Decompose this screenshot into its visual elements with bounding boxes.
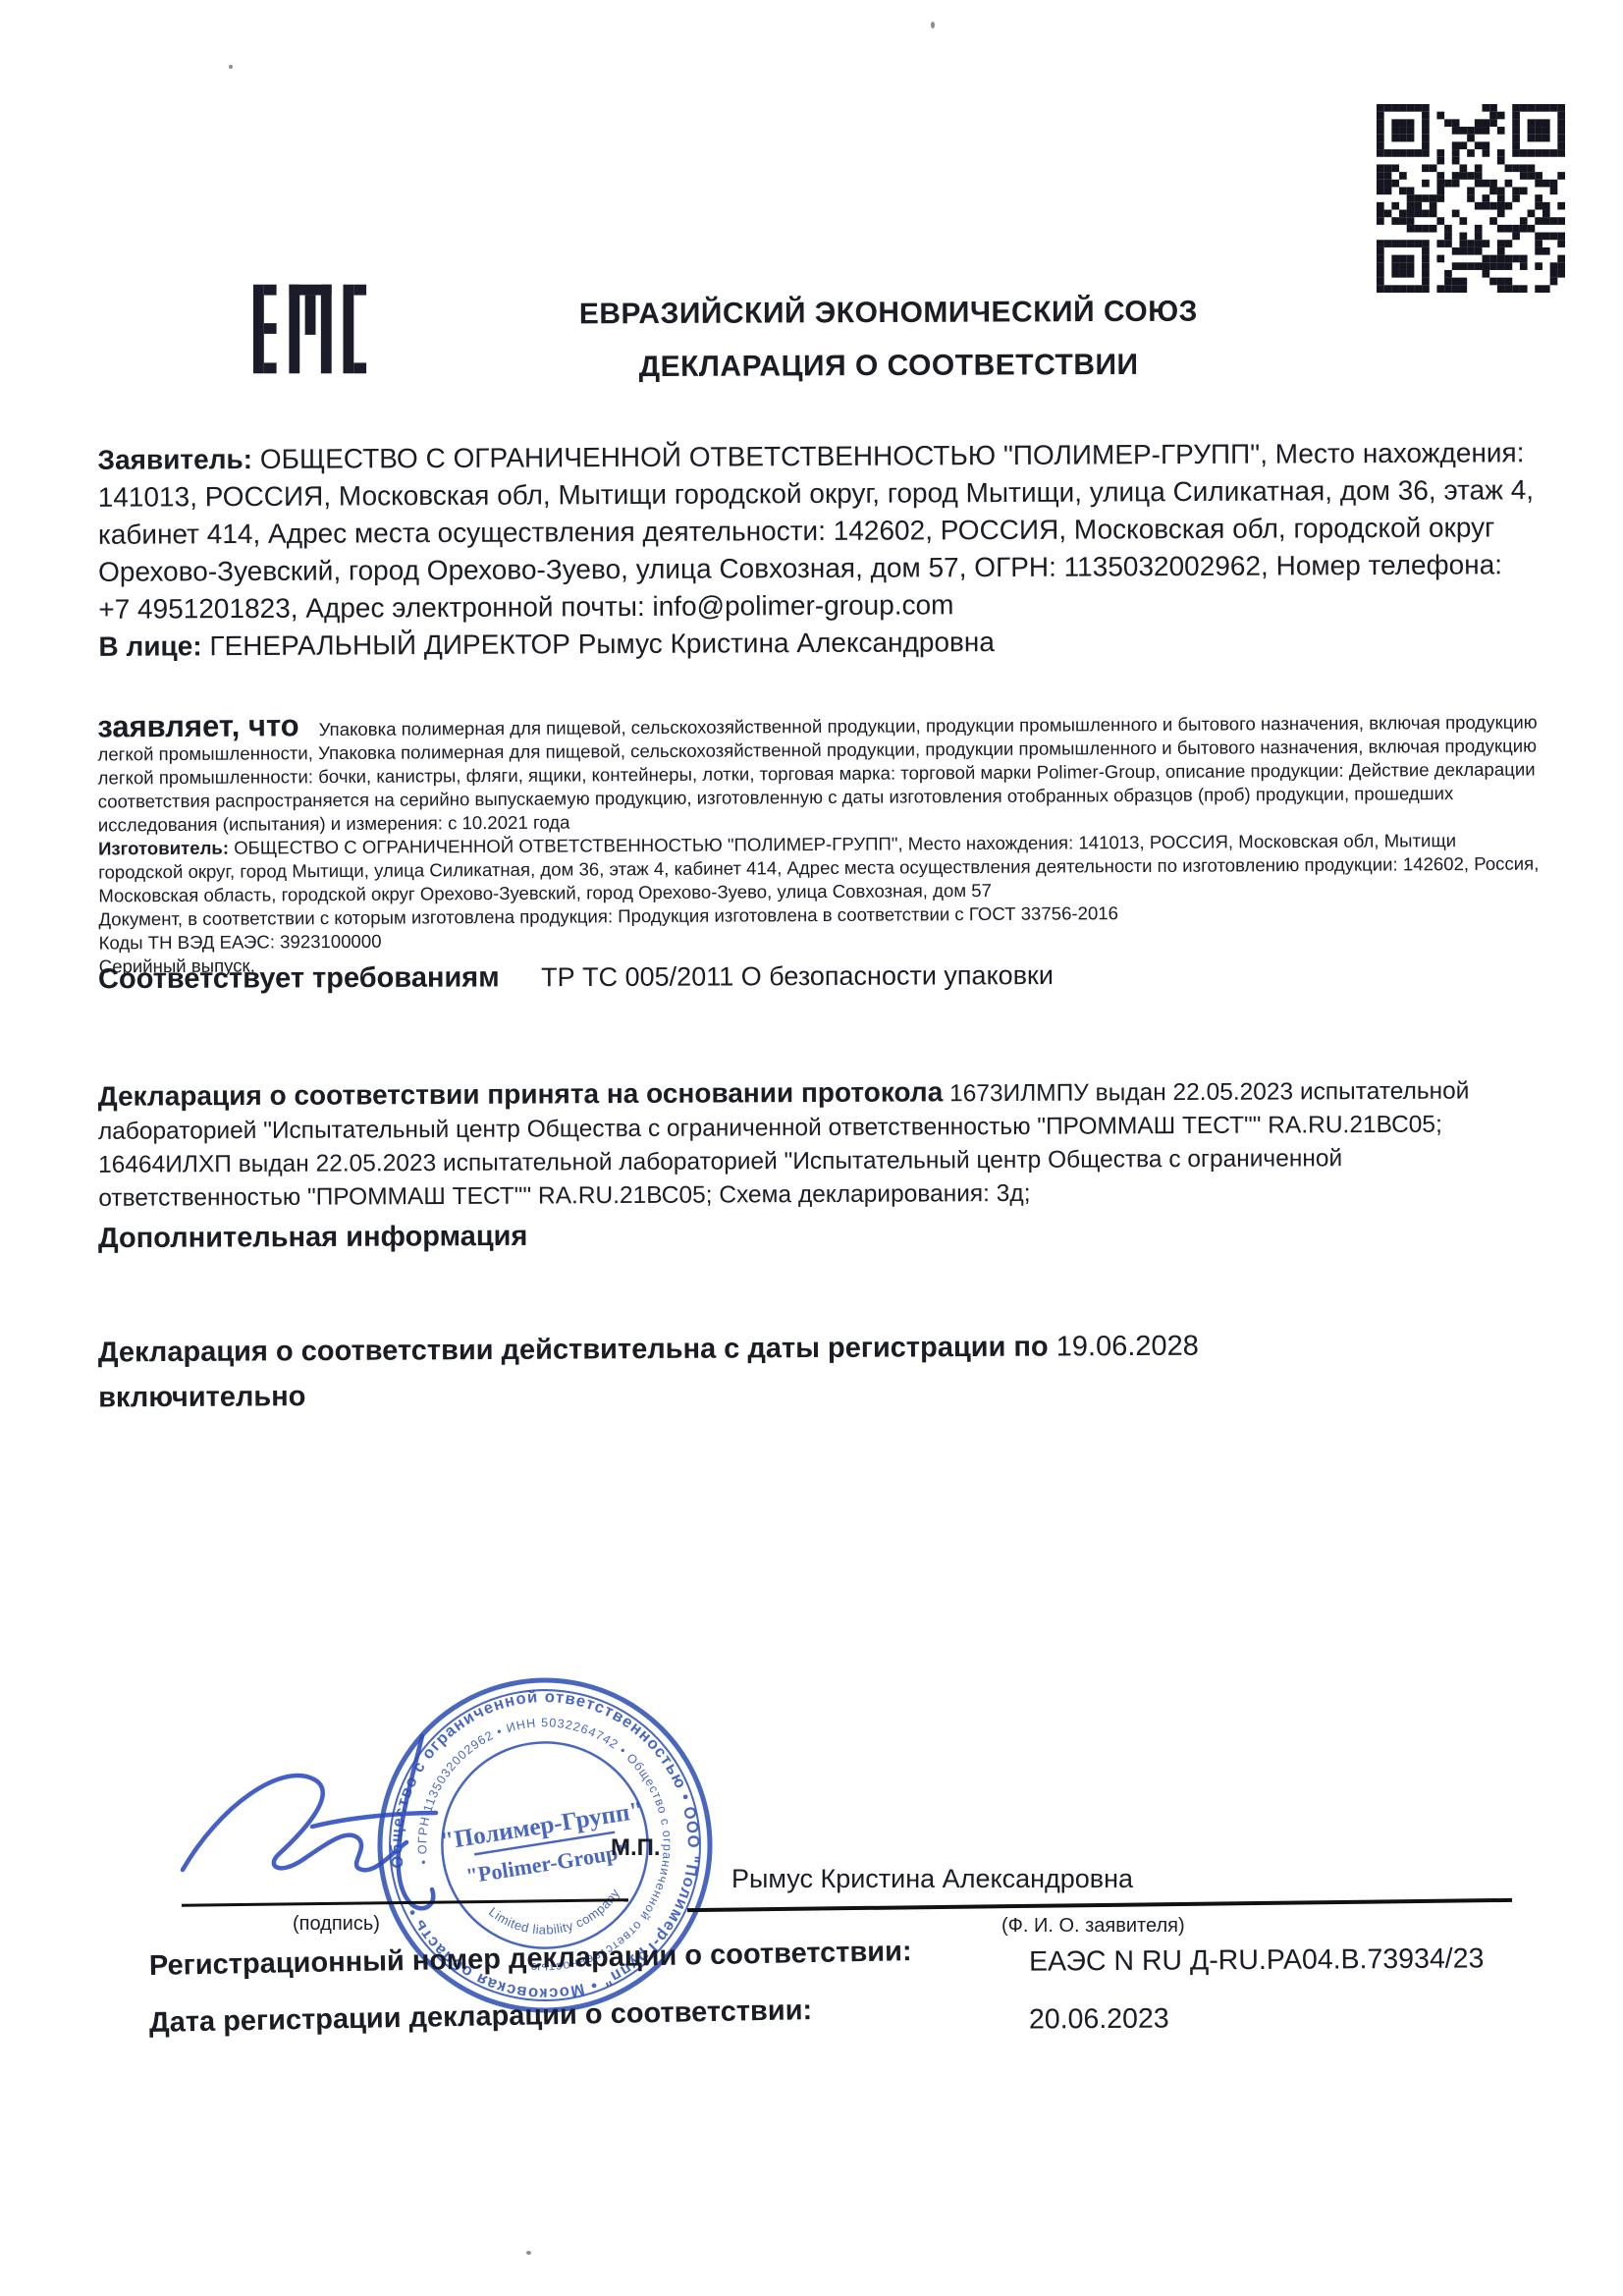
registration-date-value: 20.06.2023 [1029,2003,1169,2037]
registration-number-value: ЕАЭС N RU Д-RU.РА04.В.73934/23 [1029,1942,1485,1978]
manufacturer-text: ОБЩЕСТВО С ОГРАНИЧЕННОЙ ОТВЕТСТВЕННОСТЬЮ… [98,830,1539,905]
basis-section: Декларация о соответствии принята на осн… [98,1072,1535,1216]
compliance-label: Соответствует требованиям [98,961,500,995]
scan-speck [526,2251,531,2255]
additional-info-label: Дополнительная информация [98,1221,528,1255]
applicant-section: Заявитель: ОБЩЕСТВО С ОГРАНИЧЕННОЙ ОТВЕТ… [97,434,1540,666]
validity-suffix: включительно [98,1381,305,1413]
declares-label: заявляет, что [97,708,299,743]
basis-label: Декларация о соответствии принята на осн… [98,1076,944,1112]
declaration-page: ЕВРАЗИЙСКИЙ ЭКОНОМИЧЕСКИЙ СОЮЗ ДЕКЛАРАЦИ… [0,0,1623,2296]
company-stamp: Общество с ограниченной ответственностью… [351,1651,739,2040]
declaration-statement: заявляет, чтоУпаковка полимерная для пищ… [97,707,1544,979]
person-line: В лице: ГЕНЕРАЛЬНЫЙ ДИРЕКТОР Рымус Крист… [98,621,1540,666]
signature-caption: (подпись) [293,1913,380,1936]
scan-speck [229,65,233,69]
scan-speck [931,22,935,28]
qr-code-pattern [1377,104,1565,293]
stamp-english-arc-text: Limited liability company [484,1885,627,1947]
document-title: ДЕКЛАРАЦИЯ О СООТВЕТСТВИИ [353,348,1424,386]
validity-date: 19.06.2028 [1056,1331,1199,1363]
union-title: ЕВРАЗИЙСКИЙ ЭКОНОМИЧЕСКИЙ СОЮЗ [353,295,1424,333]
person-text: ГЕНЕРАЛЬНЫЙ ДИРЕКТОР Рымус Кристина Алек… [209,627,995,661]
manufacturer-line: Изготовитель: ОБЩЕСТВО С ОГРАНИЧЕННОЙ ОТ… [98,829,1543,908]
validity-section: Декларация о соответствии действительна … [98,1322,1535,1421]
seal-place-label: М.П. [611,1834,661,1862]
compliance-section: Соответствует требованиям ТР ТС 005/2011… [98,957,1540,996]
applicant-text: ОБЩЕСТВО С ОГРАНИЧЕННОЙ ОТВЕТСТВЕННОСТЬЮ… [98,437,1534,625]
applicant-full-name: Рымус Кристина Александровна [731,1864,1133,1894]
person-label: В лице: [98,630,201,662]
manufacturer-label: Изготовитель: [98,838,229,859]
product-description: Упаковка полимерная для пищевой, сельско… [97,712,1537,836]
document-header: ЕВРАЗИЙСКИЙ ЭКОНОМИЧЕСКИЙ СОЮЗ ДЕКЛАРАЦИ… [353,295,1424,386]
fio-line [687,1898,1512,1912]
qr-code [1377,104,1565,293]
applicant-label: Заявитель: [97,444,252,475]
compliance-value: ТР ТС 005/2011 О безопасности упаковки [541,960,1054,992]
fio-caption: (Ф. И. О. заявителя) [1001,1915,1185,1938]
registration-date-label: Дата регистрации декларации о соответств… [149,1995,813,2040]
validity-label: Декларация о соответствии действительна … [98,1332,1049,1369]
